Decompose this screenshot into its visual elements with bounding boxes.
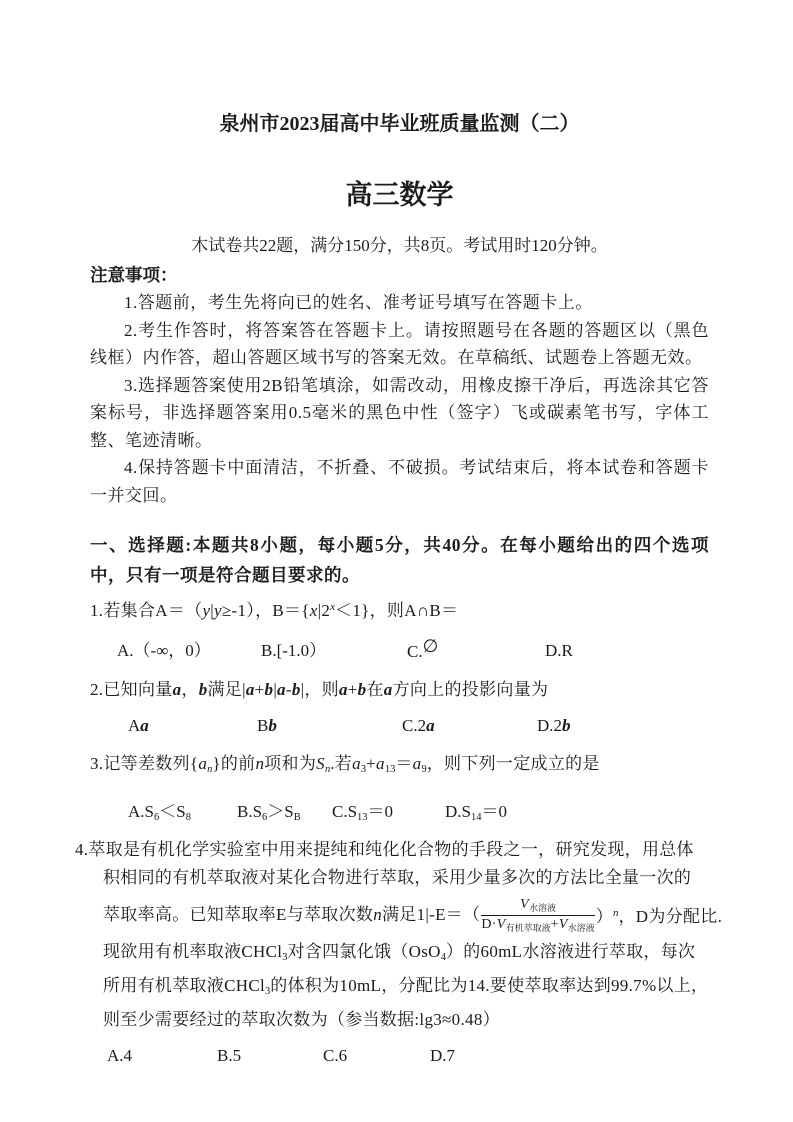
option-c: C.6 <box>323 1042 430 1070</box>
option-b: B.5 <box>217 1042 323 1070</box>
option-a: A.4 <box>107 1042 217 1070</box>
question-3-options: A.S6＜S8 B.S6＞SB C.S13＝0 D.S14＝0 <box>90 798 709 832</box>
notice-item-2: 2.考生作答时，将答案答在答题卡上。请按照题号在各题的答题区以（黑色线框）内作答… <box>90 317 709 372</box>
fraction: V水溶液 D·V有机萃取液+V水溶液 <box>481 897 594 934</box>
question-2-options: Aa Bb C.2a D.2b <box>90 712 709 740</box>
question-1-options: A.（-∞，0） B.[-1.0） C.∅ D.R <box>90 637 709 666</box>
option-d: D.2b <box>537 712 571 740</box>
question-4-options: A.4 B.5 C.6 D.7 <box>75 1042 709 1070</box>
question-4-stem-line-1: 4.萃取是有机化学实验室中用来提纯和纯化化合物的手段之一，研究发现，用总体 <box>75 836 709 864</box>
exam-title: 泉州市2023届高中毕业班质量监测（二） <box>90 110 709 138</box>
question-4-stem-line-5: 所用有机萃取液CHCl3的体积为10mL，分配比为14.要使萃取率达到99.7%… <box>75 972 709 1006</box>
option-b: B.[-1.0） <box>261 637 407 666</box>
question-3: 3.记等差数列{an}的前n项和为Sn.若a3+a13＝a9，则下列一定成立的是… <box>90 750 709 832</box>
formula-prefix: 萃取率高。已知萃取率E与萃取次数n满足1|-E＝（ <box>103 901 480 929</box>
question-4: 4.萃取是有机化学实验室中用来提纯和纯化化合物的手段之一，研究发现，用总体 积相… <box>75 836 709 1070</box>
option-b: B.S6＞SB <box>237 798 332 832</box>
question-4-stem-line-2: 积相同的有机萃取液对某化合物进行萃取，采用少量多次的方法比全量一次的 <box>75 864 709 892</box>
option-c: C.2a <box>402 712 537 740</box>
fraction-numerator: V水溶液 <box>481 897 594 916</box>
option-d: D.R <box>545 637 573 666</box>
question-1: 1.若集合A＝（y|y≥-1），B＝{x|2x＜1}，则A∩B＝ A.（-∞，0… <box>90 593 709 666</box>
notice-item-1: 1.答题前，考生先将向已的姓名、准考证号填写在答题卡上。 <box>90 289 709 317</box>
question-3-stem: 3.记等差数列{an}的前n项和为Sn.若a3+a13＝a9，则下列一定成立的是 <box>90 750 709 784</box>
notice-section: 注意事项： 1.答题前，考生先将向已的姓名、准考证号填写在答题卡上。 2.考生作… <box>90 262 709 509</box>
option-d: D.S14＝0 <box>445 798 507 832</box>
subject-title: 高三数学 <box>90 178 709 212</box>
question-2-stem: 2.已知向量a，b满足|a+b|a-b|，则a+b在a方向上的投影向量为 <box>90 676 709 704</box>
question-4-stem-line-4: 现欲用有机率取液CHCl3对含四氯化饿（OsO4）的60mL水溶液进行萃取，每次 <box>75 938 709 972</box>
exam-paper-page: 泉州市2023届高中毕业班质量监测（二） 高三数学 木试卷共22题，满分150分… <box>0 0 793 1122</box>
question-4-stem-line-6: 则至少需要经过的萃取次数为（参当数据:lg3≈0.48） <box>75 1006 709 1034</box>
option-d: D.7 <box>430 1042 455 1070</box>
option-c: C.S13＝0 <box>332 798 445 832</box>
question-4-formula-line: 萃取率高。已知萃取率E与萃取次数n满足1|-E＝（ V水溶液 D·V有机萃取液+… <box>75 892 709 938</box>
notice-heading: 注意事项： <box>90 262 709 289</box>
option-b: Bb <box>257 712 402 740</box>
option-a: A.（-∞，0） <box>117 637 261 666</box>
formula-suffix: ）n，D为分配比. <box>596 899 722 931</box>
exam-info-line: 木试卷共22题，满分150分，共8页。考试用时120分钟。 <box>90 232 709 260</box>
question-2: 2.已知向量a，b满足|a+b|a-b|，则a+b在a方向上的投影向量为 Aa … <box>90 676 709 740</box>
option-a: A.S6＜S8 <box>128 798 237 832</box>
question-1-stem: 1.若集合A＝（y|y≥-1），B＝{x|2x＜1}，则A∩B＝ <box>90 593 709 625</box>
option-c: C.∅ <box>407 637 545 666</box>
notice-item-4: 4.保持答题卡中面清洁，不折叠、不破损。考试结束后，将本试卷和答题卡一并交回。 <box>90 454 709 509</box>
notice-item-3: 3.选择题答案使用2B铅笔填涂，如需改动，用橡皮擦干净后，再选涂其它答案标号，非… <box>90 372 709 455</box>
option-a: Aa <box>128 712 257 740</box>
fraction-denominator: D·V有机萃取液+V水溶液 <box>481 916 594 934</box>
section-one-heading: 一、选择题:本题共8小题，每小题5分，共40分。在每小题给出的四个选项中，只有一… <box>90 531 709 590</box>
